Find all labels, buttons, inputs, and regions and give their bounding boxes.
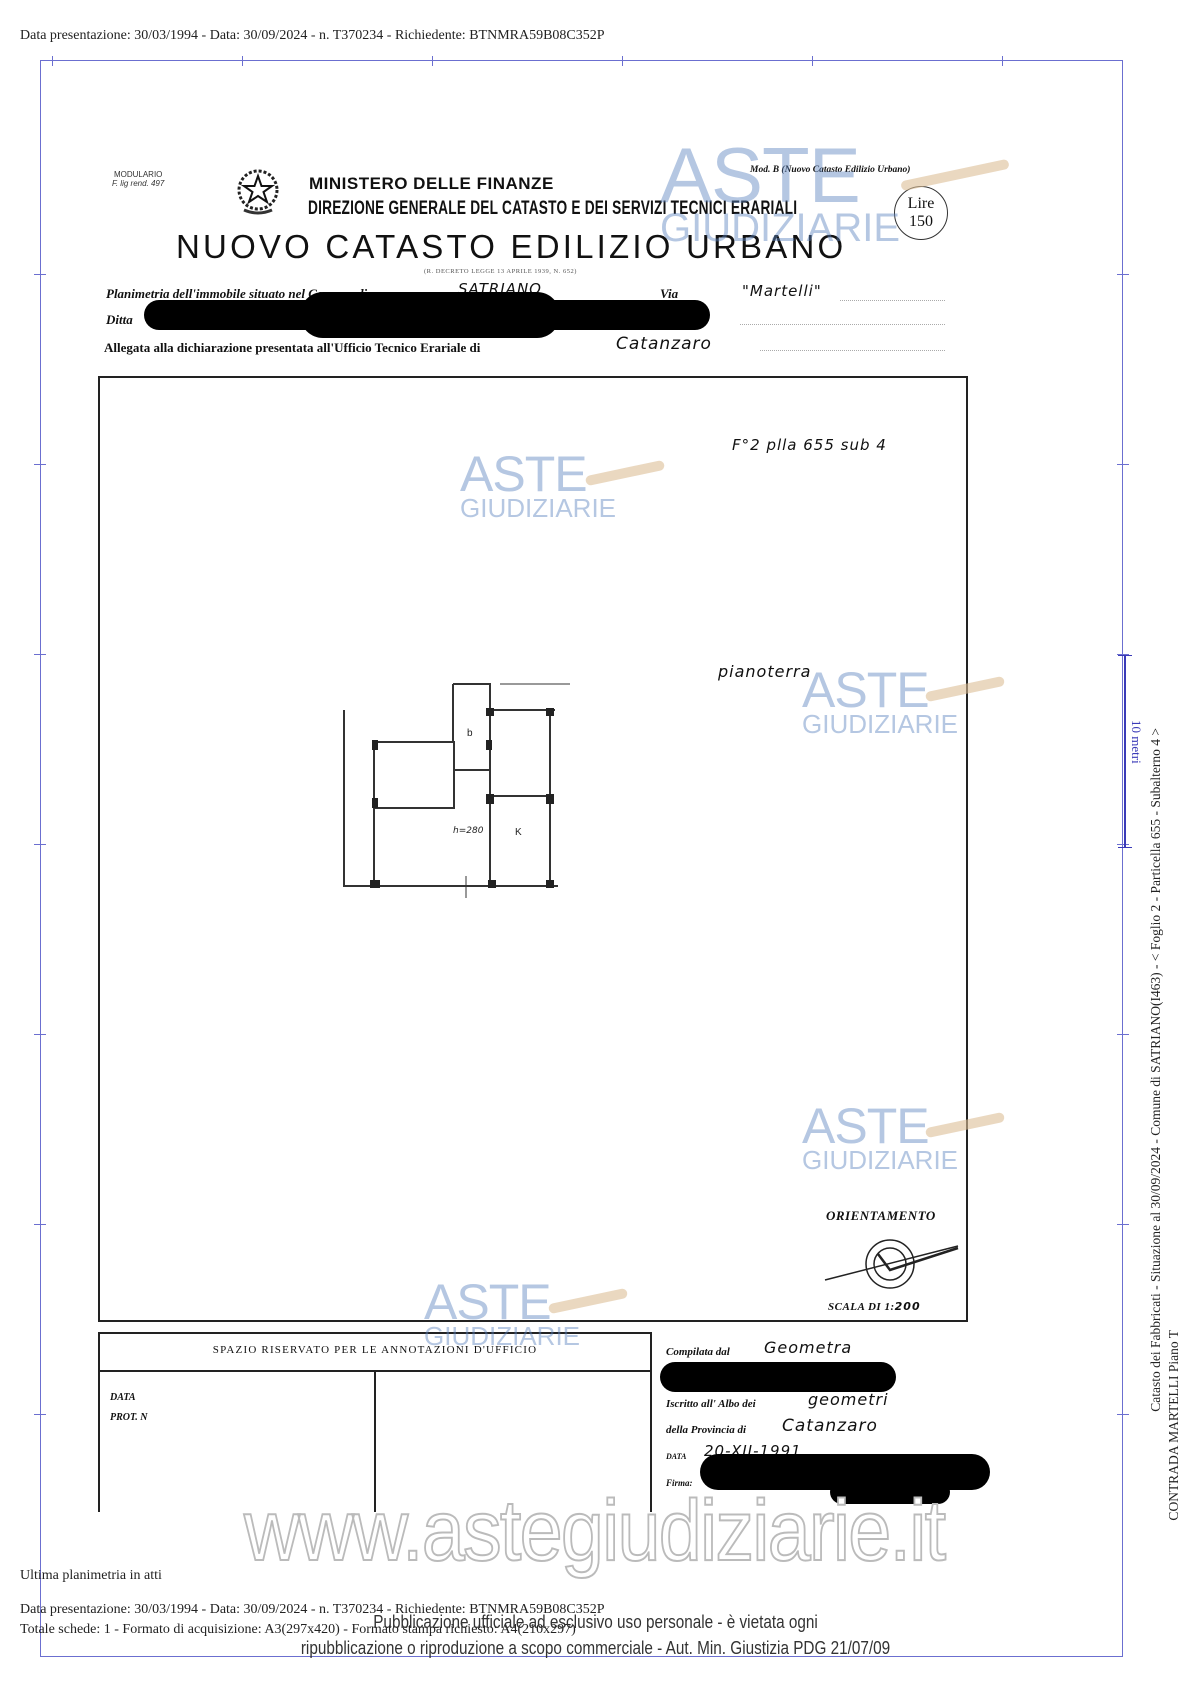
compilata-label: Compilata dal (666, 1346, 730, 1358)
svg-text:h=280: h=280 (453, 826, 484, 836)
iscritto-label: Iscritto all' Albo dei (666, 1398, 756, 1410)
republic-emblem-icon (236, 166, 280, 216)
watermark-logo: ASTEGIUDIZIARIE (424, 1280, 580, 1348)
watermark-url: www.astegiudiziarie.it (244, 1482, 944, 1581)
north-arrow-icon (820, 1232, 960, 1292)
svg-text:b: b (467, 728, 473, 739)
allegata-label: Allegata alla dichiarazione presentata a… (104, 340, 480, 356)
parcel-reference: F°2 plla 655 sub 4 (732, 436, 887, 454)
scale-bar-label: 10 metri (1128, 720, 1144, 764)
watermark-notice-1: Pubblicazione ufficiale ad esclusivo uso… (89, 1612, 1101, 1633)
modulario-label: MODULARIO F. lig rend. 497 (112, 170, 164, 188)
office-prot-label: PROT. N (110, 1412, 147, 1423)
svg-text:K: K (515, 827, 522, 838)
compilata-value: Geometra (764, 1338, 852, 1357)
floor-label: pianoterra (718, 662, 811, 681)
scale-bar (1124, 655, 1126, 847)
via-value: "Martelli" (742, 282, 822, 300)
ditta-label: Ditta (106, 312, 133, 328)
price-stamp: Lire 150 (894, 186, 948, 240)
watermark-notice-2: ripubblicazione o riproduzione a scopo c… (89, 1638, 1101, 1659)
office-data-label: DATA (110, 1392, 136, 1403)
ufficio-value: Catanzaro (616, 334, 712, 354)
watermark-logo: ASTEGIUDIZIARIE (460, 452, 616, 520)
iscritto-value: geometri (808, 1390, 889, 1409)
provincia-label: della Provincia di (666, 1424, 746, 1436)
watermark-logo: ASTEGIUDIZIARIE (802, 1104, 958, 1172)
floor-plan: b K h=280 (340, 680, 570, 900)
compiler-data-label: DATA (666, 1452, 686, 1461)
scale-label: SCALA DI 1:200 (828, 1300, 921, 1313)
watermark-logo: ASTEGIUDIZIARIE (802, 668, 958, 736)
watermark-logo: ASTEGIUDIZIARIE (660, 140, 900, 246)
decree-note: (R. DECRETO LEGGE 13 APRILE 1939, N. 652… (424, 268, 577, 275)
ministry-name: MINISTERO DELLE FINANZE (309, 174, 554, 194)
orientation-label: ORIENTAMENTO (826, 1208, 936, 1224)
side-address-info: CONTRADA MARTELLI Piano T (1166, 1330, 1182, 1521)
footer-ultima: Ultima planimetria in atti (20, 1568, 162, 1584)
redacted-compiler-name (660, 1362, 896, 1392)
side-cadastral-info: Catasto dei Fabbricati - Situazione al 3… (1148, 728, 1164, 1412)
provincia-value: Catanzaro (782, 1416, 878, 1436)
header-info-line: Data presentazione: 30/03/1994 - Data: 3… (20, 28, 605, 44)
